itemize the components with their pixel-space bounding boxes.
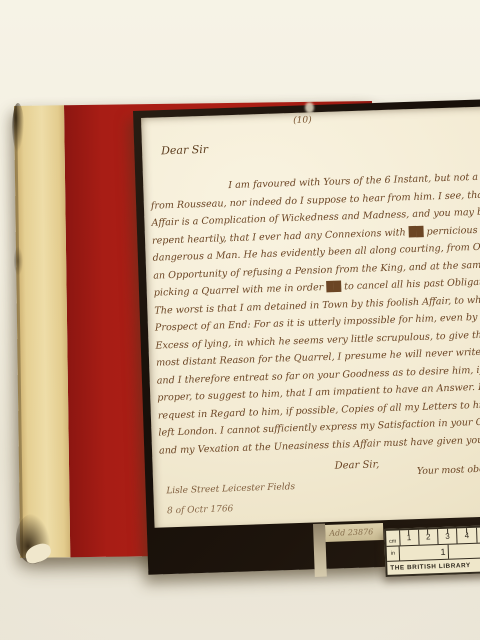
spine-edge — [14, 106, 23, 558]
address-line: Lisle Street Leicester Fields — [166, 482, 295, 496]
book-spine — [14, 105, 70, 558]
ruler-cm-cell: 1 — [400, 530, 420, 546]
ruler-inch-label: in — [387, 546, 401, 560]
ruler-cm-cell: 2 — [419, 529, 439, 545]
shelfmark-strip: Add 23876 — [325, 523, 384, 542]
manuscript-page: (10) Dear Sir I am favoured with Yours o… — [141, 106, 480, 528]
ruler-cm-cell: 4 — [457, 528, 477, 544]
letter-body: I am favoured with Yours of the 6 Instan… — [150, 162, 480, 460]
ruler-inch-cell: 1 — [400, 545, 449, 561]
photograph: Add 23876 (10) Dear Sir I am favoured wi… — [0, 0, 480, 640]
ruler-inch-cell — [448, 543, 480, 559]
ruler-cm-cell: 3 — [438, 528, 458, 544]
page-number: (10) — [293, 115, 312, 126]
ruler-cm-label: cm — [386, 530, 400, 545]
shelfmark-text: Add 23876 — [325, 527, 373, 538]
date-line: 8 of Octr 1766 — [167, 504, 234, 516]
british-library-ruler: cm 1 2 3 4 in 1 THE BRITISH LIBRARY — [384, 525, 480, 577]
spine-wear-mark — [12, 103, 25, 153]
ruler-library-label: THE BRITISH LIBRARY — [387, 558, 480, 575]
closing-salute: Dear Sir, — [334, 459, 379, 471]
spine-wear-mark — [14, 246, 23, 276]
salutation: Dear Sir — [161, 143, 208, 158]
closing-line: Your most obedient humble servant — [417, 460, 480, 477]
